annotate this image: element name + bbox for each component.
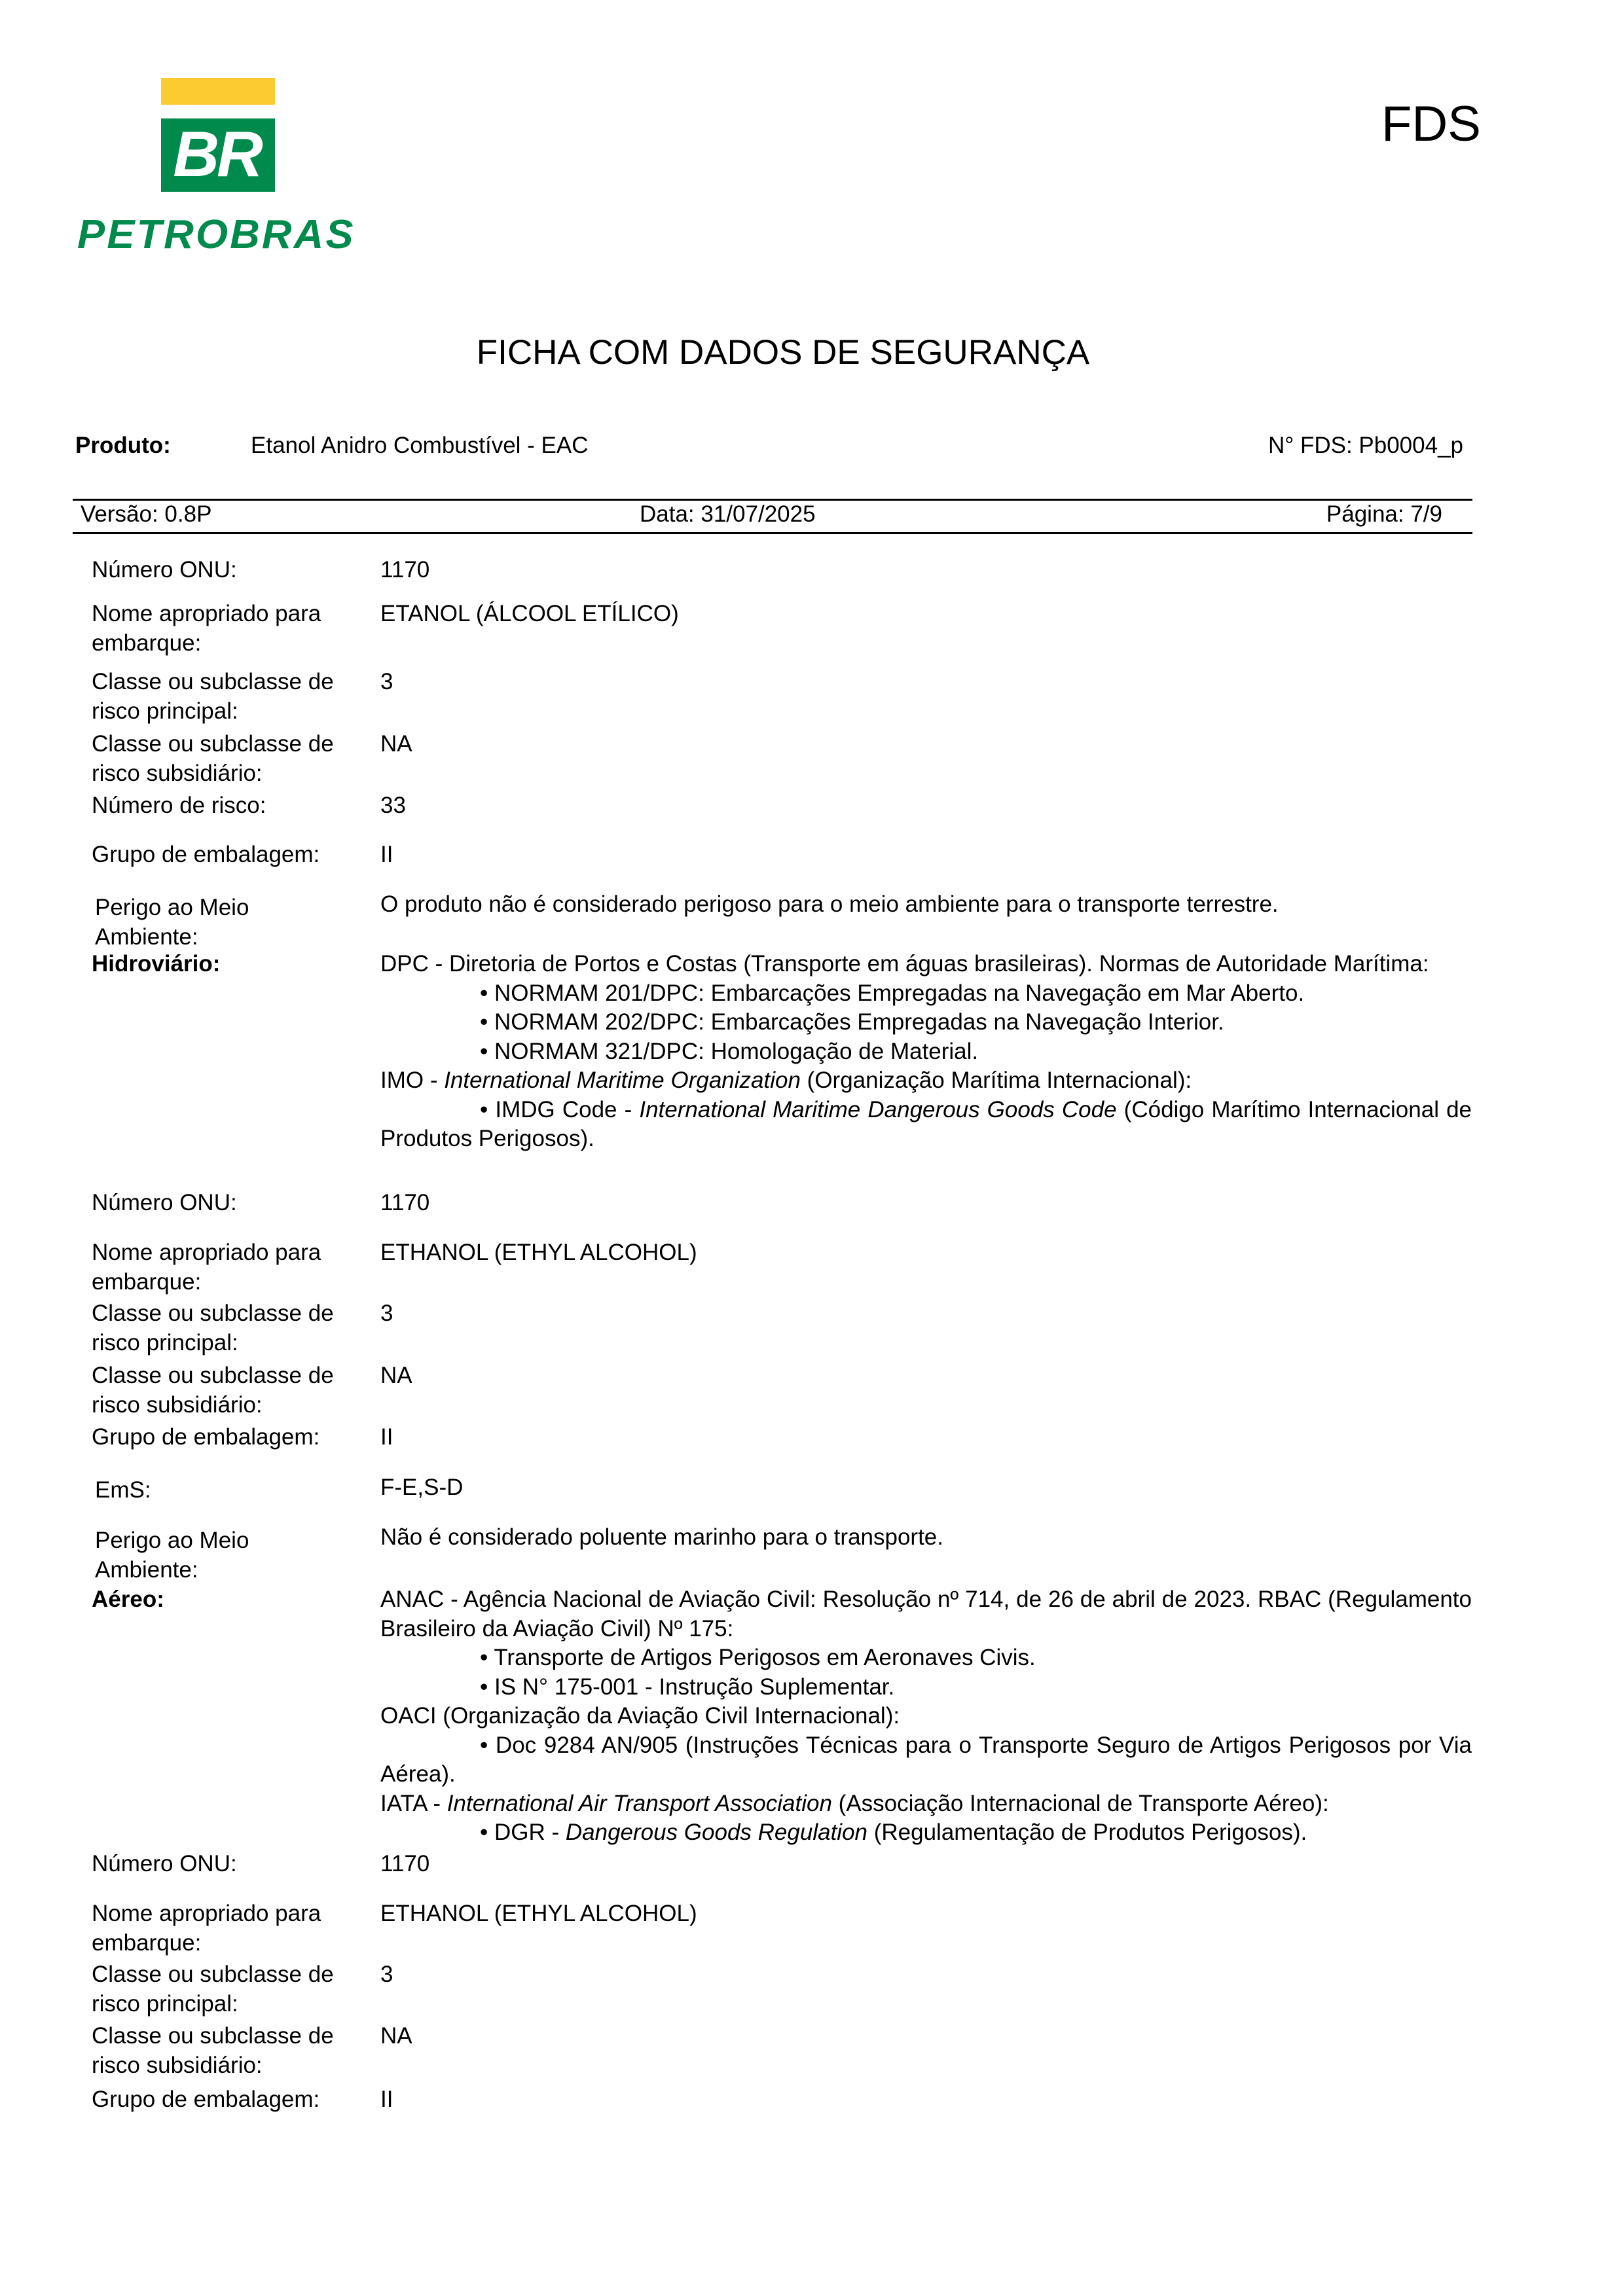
field-label: Classe ou subclasse de risco subsidiário… xyxy=(92,1361,367,1420)
field-label: Perigo ao Meio Ambiente: xyxy=(95,1526,291,1585)
field-value: NA xyxy=(380,1361,412,1391)
logo-yellow-bar xyxy=(161,78,275,105)
imdg-prefix: • IMDG Code - xyxy=(480,1097,639,1122)
field-label: Classe ou subclasse de risco principal: xyxy=(92,1299,367,1357)
field-label: Classe ou subclasse de risco subsidiário… xyxy=(92,2022,367,2080)
field-label: Nome apropriado para embarque: xyxy=(92,600,367,658)
field-value: Não é considerado poluente marinho para … xyxy=(380,1523,943,1552)
page-title: FICHA COM DADOS DE SEGURANÇA xyxy=(0,332,1566,373)
iata-name: International Air Transport Association xyxy=(447,1791,832,1816)
product-value: Etanol Anidro Combustível - EAC xyxy=(251,431,589,461)
logo-green-box: BR xyxy=(161,118,275,192)
field-label: Classe ou subclasse de risco subsidiário… xyxy=(92,730,367,788)
field-value: 3 xyxy=(380,1299,393,1329)
aereo-regulations: ANAC - Agência Nacional de Aviação Civil… xyxy=(380,1585,1472,1848)
imo-line: IMO - International Maritime Organizatio… xyxy=(380,1066,1472,1096)
field-value: 1170 xyxy=(380,1850,429,1879)
doc-code: FDS xyxy=(1381,96,1481,153)
logo-wordmark: PETROBRAS xyxy=(77,213,356,257)
dpc-intro: DPC - Diretoria de Portos e Costas (Tran… xyxy=(380,950,1472,979)
hidroviario-regulations: DPC - Diretoria de Portos e Costas (Tran… xyxy=(380,950,1472,1154)
list-item: • IS N° 175-001 - Instrução Suplementar. xyxy=(380,1673,1472,1702)
dgr-name: Dangerous Goods Regulation xyxy=(566,1820,867,1845)
field-label: Grupo de embalagem: xyxy=(92,1423,367,1452)
field-label: EmS: xyxy=(95,1476,151,1505)
field-value: ETHANOL (ETHYL ALCOHOL) xyxy=(380,1899,697,1929)
field-label: Grupo de embalagem: xyxy=(92,840,367,870)
dgr-line: • DGR - Dangerous Goods Regulation (Regu… xyxy=(380,1818,1472,1848)
imdg-line: • IMDG Code - International Maritime Dan… xyxy=(380,1096,1472,1154)
product-label: Produto: xyxy=(75,431,171,461)
section-heading-hidroviario: Hidroviário: xyxy=(92,950,220,979)
page-number: Página: 7/9 xyxy=(1326,500,1442,529)
field-value: II xyxy=(380,840,393,870)
field-value: 3 xyxy=(380,1960,393,1990)
anac-intro: ANAC - Agência Nacional de Aviação Civil… xyxy=(380,1585,1472,1643)
oaci-line: OACI (Organização da Aviação Civil Inter… xyxy=(380,1702,1472,1731)
field-value: NA xyxy=(380,730,412,759)
iata-suffix: (Associação Internacional de Transporte … xyxy=(832,1791,1329,1816)
list-item: • Doc 9284 AN/905 (Instruções Técnicas p… xyxy=(380,1731,1472,1789)
field-value: O produto não é considerado perigoso par… xyxy=(380,890,1279,920)
field-value: 33 xyxy=(380,791,406,821)
iata-line: IATA - International Air Transport Assoc… xyxy=(380,1789,1472,1819)
field-label: Classe ou subclasse de risco principal: xyxy=(92,668,367,726)
imo-prefix: IMO - xyxy=(380,1067,444,1093)
field-label: Nome apropriado para embarque: xyxy=(92,1238,367,1297)
dgr-prefix: • DGR - xyxy=(480,1820,566,1845)
field-label: Número ONU: xyxy=(92,1189,367,1218)
logo-br-mark: BR xyxy=(168,121,266,187)
field-value: ETANOL (ÁLCOOL ETÍLICO) xyxy=(380,600,679,629)
field-value: 1170 xyxy=(380,556,429,585)
list-item: • NORMAM 201/DPC: Embarcações Empregadas… xyxy=(380,979,1472,1009)
list-item: • Transporte de Artigos Perigosos em Aer… xyxy=(380,1643,1472,1673)
field-label: Número ONU: xyxy=(92,1850,367,1879)
imo-name: International Maritime Organization xyxy=(444,1067,801,1093)
fds-number: N° FDS: Pb0004_p xyxy=(1268,431,1463,461)
imdg-name: International Maritime Dangerous Goods C… xyxy=(639,1097,1116,1122)
dgr-suffix: (Regulamentação de Produtos Perigosos). xyxy=(867,1820,1307,1845)
field-value: 1170 xyxy=(380,1189,429,1218)
field-value: 3 xyxy=(380,668,393,697)
field-label: Perigo ao Meio Ambiente: xyxy=(95,893,291,952)
field-label: Nome apropriado para embarque: xyxy=(92,1899,367,1958)
field-label: Número de risco: xyxy=(92,791,367,821)
field-label: Número ONU: xyxy=(92,556,367,585)
date: Data: 31/07/2025 xyxy=(640,500,816,529)
field-label: Grupo de embalagem: xyxy=(92,2085,367,2115)
field-value: F-E,S-D xyxy=(380,1473,463,1503)
field-label: Classe ou subclasse de risco principal: xyxy=(92,1960,367,2018)
field-value: ETHANOL (ETHYL ALCOHOL) xyxy=(380,1238,697,1268)
field-value: NA xyxy=(380,2022,412,2051)
field-value: II xyxy=(380,2085,393,2115)
header-rule-bottom xyxy=(73,532,1472,534)
version: Versão: 0.8P xyxy=(81,500,211,529)
list-item: • NORMAM 321/DPC: Homologação de Materia… xyxy=(380,1037,1472,1067)
imo-suffix: (Organização Marítima Internacional): xyxy=(801,1067,1192,1093)
field-value: II xyxy=(380,1423,393,1452)
iata-prefix: IATA - xyxy=(380,1791,447,1816)
section-heading-aereo: Aéreo: xyxy=(92,1585,164,1615)
list-item: • NORMAM 202/DPC: Embarcações Empregadas… xyxy=(380,1008,1472,1037)
